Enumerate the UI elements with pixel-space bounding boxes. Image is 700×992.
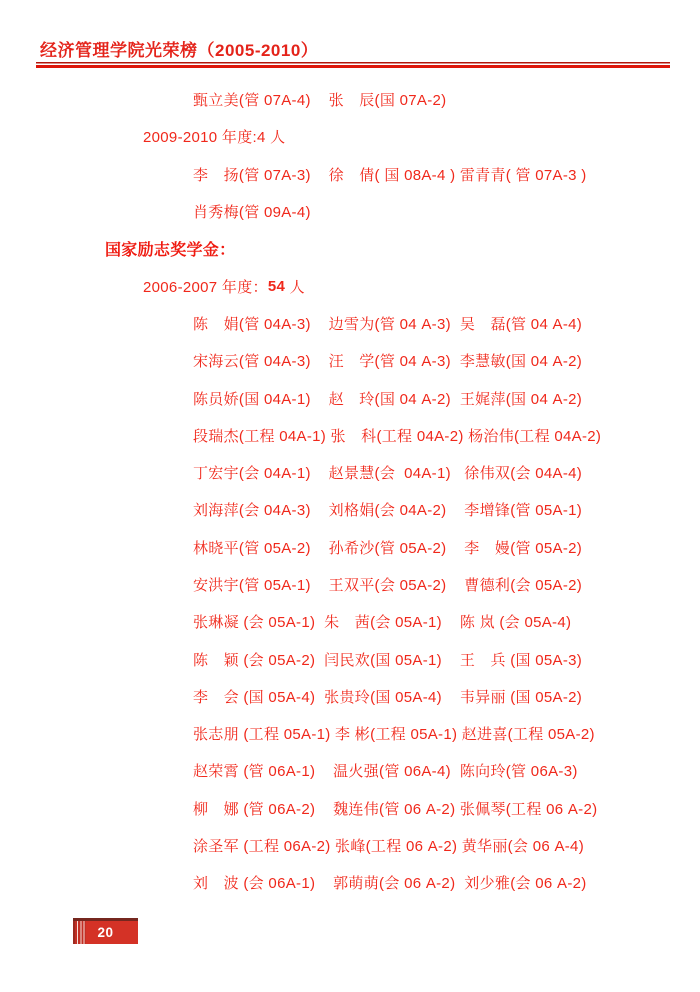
page-title: 经济管理学院光荣榜（2005-2010） — [40, 36, 318, 61]
names-line: 陈员娇(国 04A-1) 赵 玲(国 04 A-2) 王娓萍(国 04 A-2) — [0, 379, 700, 416]
names-line: 宋海云(管 04A-3) 汪 学(管 04 A-3) 李慧敏(国 04 A-2) — [0, 342, 700, 379]
names-line: 丁宏宇(会 04A-1) 赵景慧(会 04A-1) 徐伟双(会 04A-4) — [0, 454, 700, 491]
text-segment: 林晓平(管 05A-2) 孙希沙(管 05A-2) 李 嫚(管 05A-2) — [193, 537, 582, 558]
document-page: 经济管理学院光荣榜（2005-2010） 甄立美(管 07A-4) 张 辰(国 … — [0, 0, 700, 992]
text-segment: 刘 波 (会 06A-1) 郭萌萌(会 06 A-2) 刘少雅(会 06 A-2… — [193, 872, 587, 893]
names-line: 段瑞杰(工程 04A-1) 张 科(工程 04A-2) 杨治伟(工程 04A-2… — [0, 417, 700, 454]
text-segment: 李 扬(管 07A-3) 徐 倩( 国 08A-4 ) 雷青青( 管 07A-3… — [193, 164, 587, 185]
badge-stripes-decoration — [73, 921, 86, 944]
text-segment: 张志朋 (工程 05A-1) 李 彬(工程 05A-1) 赵进喜(工程 05A-… — [193, 723, 595, 744]
text-segment: 陈员娇(国 04A-1) 赵 玲(国 04 A-2) 王娓萍(国 04 A-2) — [193, 388, 582, 409]
names-line: 陈 颖 (会 05A-2) 闫民欢(国 05A-1) 王 兵 (国 05A-3) — [0, 640, 700, 677]
names-line: 赵荣霄 (管 06A-1) 温火强(管 06A-4) 陈向玲(管 06A-3) — [0, 752, 700, 789]
text-segment: 甄立美(管 07A-4) 张 辰(国 07A-2) — [193, 89, 446, 110]
names-line: 陈 娟(管 04A-3) 边雪为(管 04 A-3) 吴 磊(管 04 A-4) — [0, 305, 700, 342]
section-heading: 国家励志奖学金： — [0, 230, 700, 267]
names-line: 涂圣军 (工程 06A-2) 张峰(工程 06 A-2) 黄华丽(会 06 A-… — [0, 827, 700, 864]
names-line: 安洪宇(管 05A-1) 王双平(会 05A-2) 曹德利(会 05A-2) — [0, 566, 700, 603]
text-segment: 张琳凝 (会 05A-1) 朱 茜(会 05A-1) 陈 岚 (会 05A-4) — [193, 611, 571, 632]
text-segment: 赵荣霄 (管 06A-1) 温火强(管 06A-4) 陈向玲(管 06A-3) — [193, 760, 578, 781]
text-segment: 段瑞杰(工程 04A-1) 张 科(工程 04A-2) 杨治伟(工程 04A-2… — [193, 425, 601, 446]
text-segment: 陈 颖 (会 05A-2) 闫民欢(国 05A-1) 王 兵 (国 05A-3) — [193, 649, 582, 670]
text-segment: 肖秀梅(管 09A-4) — [193, 201, 311, 222]
text-segment: 人 — [285, 276, 305, 297]
text-segment: 陈 娟(管 04A-3) 边雪为(管 04 A-3) 吴 磊(管 04 A-4) — [193, 313, 582, 334]
text-segment: 安洪宇(管 05A-1) 王双平(会 05A-2) 曹德利(会 05A-2) — [193, 574, 582, 595]
page-number-badge: 20 — [73, 918, 138, 944]
names-line: 林晓平(管 05A-2) 孙希沙(管 05A-2) 李 嫚(管 05A-2) — [0, 529, 700, 566]
names-line: 张琳凝 (会 05A-1) 朱 茜(会 05A-1) 陈 岚 (会 05A-4) — [0, 603, 700, 640]
text-segment: 2006-2007 年度： — [143, 276, 268, 297]
text-segment: 宋海云(管 04A-3) 汪 学(管 04 A-3) 李慧敏(国 04 A-2) — [193, 350, 582, 371]
text-segment: 柳 娜 (管 06A-2) 魏连伟(管 06 A-2) 张佩琴(工程 06 A-… — [193, 798, 597, 819]
text-segment: 涂圣军 (工程 06A-2) 张峰(工程 06 A-2) 黄华丽(会 06 A-… — [193, 835, 584, 856]
page-number: 20 — [97, 925, 113, 940]
text-segment: 54 — [268, 278, 285, 295]
text-segment: 李 会 (国 05A-4) 张贵玲(国 05A-4) 韦异丽 (国 05A-2) — [193, 686, 582, 707]
year-count-line: 2006-2007 年度：54 人 — [0, 267, 700, 304]
names-line: 柳 娜 (管 06A-2) 魏连伟(管 06 A-2) 张佩琴(工程 06 A-… — [0, 790, 700, 827]
names-line: 李 会 (国 05A-4) 张贵玲(国 05A-4) 韦异丽 (国 05A-2) — [0, 678, 700, 715]
names-line: 甄立美(管 07A-4) 张 辰(国 07A-2) — [0, 81, 700, 118]
names-line: 张志朋 (工程 05A-1) 李 彬(工程 05A-1) 赵进喜(工程 05A-… — [0, 715, 700, 752]
document-body: 甄立美(管 07A-4) 张 辰(国 07A-2)2009-2010 年度:4 … — [0, 81, 700, 902]
text-segment: 国家励志奖学金： — [105, 237, 235, 260]
names-line: 刘海萍(会 04A-3) 刘格娟(会 04A-2) 李增锋(管 05A-1) — [0, 491, 700, 528]
text-segment: 2009-2010 年度:4 人 — [143, 126, 285, 147]
names-line: 刘 波 (会 06A-1) 郭萌萌(会 06 A-2) 刘少雅(会 06 A-2… — [0, 864, 700, 901]
text-segment: 刘海萍(会 04A-3) 刘格娟(会 04A-2) 李增锋(管 05A-1) — [193, 499, 582, 520]
names-line: 肖秀梅(管 09A-4) — [0, 193, 700, 230]
names-line: 李 扬(管 07A-3) 徐 倩( 国 08A-4 ) 雷青青( 管 07A-3… — [0, 156, 700, 193]
year-count-line: 2009-2010 年度:4 人 — [0, 118, 700, 155]
text-segment: 丁宏宇(会 04A-1) 赵景慧(会 04A-1) 徐伟双(会 04A-4) — [193, 462, 582, 483]
header-rule — [36, 62, 670, 68]
